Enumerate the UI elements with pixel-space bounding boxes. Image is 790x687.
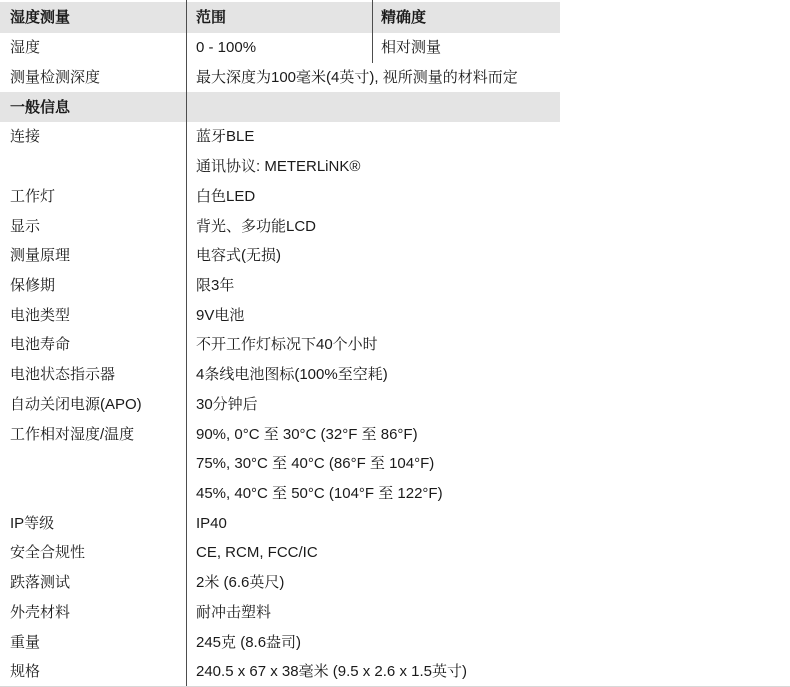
spec-accuracy: 相对测量 <box>372 39 560 56</box>
spec-label: 显示 <box>0 218 186 235</box>
spec-row: IP等级 IP40 <box>0 509 560 539</box>
spec-value: IP40 <box>186 515 560 532</box>
spec-row: 跌落测试 2米 (6.6英尺) <box>0 568 560 598</box>
column-divider-1 <box>186 0 187 687</box>
spec-label: 跌落测试 <box>0 574 186 591</box>
spec-value: 45%, 40°C 至 50°C (104°F 至 122°F) <box>186 485 560 502</box>
spec-value: 0 - 100% <box>186 39 372 56</box>
spec-row: 通讯协议: METERLiNK® <box>0 152 560 182</box>
spec-value: 白色LED <box>186 188 560 205</box>
spec-table: 湿度测量 范围 精确度 湿度 0 - 100% 相对测量 测量检测深度 最大深度… <box>0 2 560 687</box>
header-col-moisture-measurement: 湿度测量 <box>0 9 186 26</box>
spec-row: 显示 背光、多功能LCD <box>0 211 560 241</box>
spec-label: 测量检测深度 <box>0 69 186 86</box>
spec-label: 工作相对湿度/温度 <box>0 426 186 443</box>
spec-row: 75%, 30°C 至 40°C (86°F 至 104°F) <box>0 449 560 479</box>
header-col-accuracy: 精确度 <box>372 9 560 26</box>
spec-label: 规格 <box>0 663 186 680</box>
spec-row: 安全合规性 CE, RCM, FCC/IC <box>0 538 560 568</box>
spec-sheet: 湿度测量 范围 精确度 湿度 0 - 100% 相对测量 测量检测深度 最大深度… <box>0 0 790 687</box>
column-divider-2 <box>372 0 373 63</box>
table-header-row: 湿度测量 范围 精确度 <box>0 2 560 33</box>
spec-value: 限3年 <box>186 277 560 294</box>
spec-value: 75%, 30°C 至 40°C (86°F 至 104°F) <box>186 455 560 472</box>
spec-value: 电容式(无损) <box>186 247 560 264</box>
spec-row: 45%, 40°C 至 50°C (104°F 至 122°F) <box>0 479 560 509</box>
spec-value: 9V电池 <box>186 307 560 324</box>
spec-value: 4条线电池图标(100%至空耗) <box>186 366 560 383</box>
spec-value: 240.5 x 67 x 38毫米 (9.5 x 2.6 x 1.5英寸) <box>186 663 560 680</box>
spec-label: 电池类型 <box>0 307 186 324</box>
spec-row: 测量检测深度 最大深度为100毫米(4英寸), 视所测量的材料而定 <box>0 63 560 93</box>
section-title: 一般信息 <box>0 99 186 116</box>
spec-label: 外壳材料 <box>0 604 186 621</box>
spec-label: IP等级 <box>0 515 186 532</box>
spec-value: 2米 (6.6英尺) <box>186 574 560 591</box>
spec-row: 工作相对湿度/温度 90%, 0°C 至 30°C (32°F 至 86°F) <box>0 419 560 449</box>
spec-row: 电池寿命 不开工作灯标况下40个小时 <box>0 330 560 360</box>
spec-value: 90%, 0°C 至 30°C (32°F 至 86°F) <box>186 426 560 443</box>
spec-label: 连接 <box>0 128 186 145</box>
spec-row: 电池类型 9V电池 <box>0 300 560 330</box>
spec-label: 保修期 <box>0 277 186 294</box>
spec-row: 工作灯 白色LED <box>0 182 560 212</box>
spec-label: 重量 <box>0 634 186 651</box>
spec-value: 不开工作灯标况下40个小时 <box>186 336 560 353</box>
section-header-general-info: 一般信息 <box>0 92 560 122</box>
spec-label: 湿度 <box>0 39 186 56</box>
header-col-range: 范围 <box>186 9 372 26</box>
spec-label: 电池状态指示器 <box>0 366 186 383</box>
spec-value: 蓝牙BLE <box>186 128 560 145</box>
spec-label: 工作灯 <box>0 188 186 205</box>
spec-label: 安全合规性 <box>0 544 186 561</box>
spec-value: 背光、多功能LCD <box>186 218 560 235</box>
spec-row: 湿度 0 - 100% 相对测量 <box>0 33 560 63</box>
spec-row: 保修期 限3年 <box>0 271 560 301</box>
spec-row: 外壳材料 耐冲击塑料 <box>0 598 560 628</box>
spec-row: 规格 240.5 x 67 x 38毫米 (9.5 x 2.6 x 1.5英寸) <box>0 657 560 687</box>
spec-row: 自动关闭电源(APO) 30分钟后 <box>0 390 560 420</box>
spec-value: 245克 (8.6盎司) <box>186 634 560 651</box>
spec-row: 测量原理 电容式(无损) <box>0 241 560 271</box>
spec-value: 最大深度为100毫米(4英寸), 视所测量的材料而定 <box>186 69 560 86</box>
spec-row: 电池状态指示器 4条线电池图标(100%至空耗) <box>0 360 560 390</box>
spec-label: 自动关闭电源(APO) <box>0 396 186 413</box>
spec-row: 重量 245克 (8.6盎司) <box>0 627 560 657</box>
spec-label: 测量原理 <box>0 247 186 264</box>
spec-row: 连接 蓝牙BLE <box>0 122 560 152</box>
spec-label: 电池寿命 <box>0 336 186 353</box>
spec-value: CE, RCM, FCC/IC <box>186 544 560 561</box>
spec-value: 30分钟后 <box>186 396 560 413</box>
spec-value: 耐冲击塑料 <box>186 604 560 621</box>
spec-value: 通讯协议: METERLiNK® <box>186 158 560 175</box>
